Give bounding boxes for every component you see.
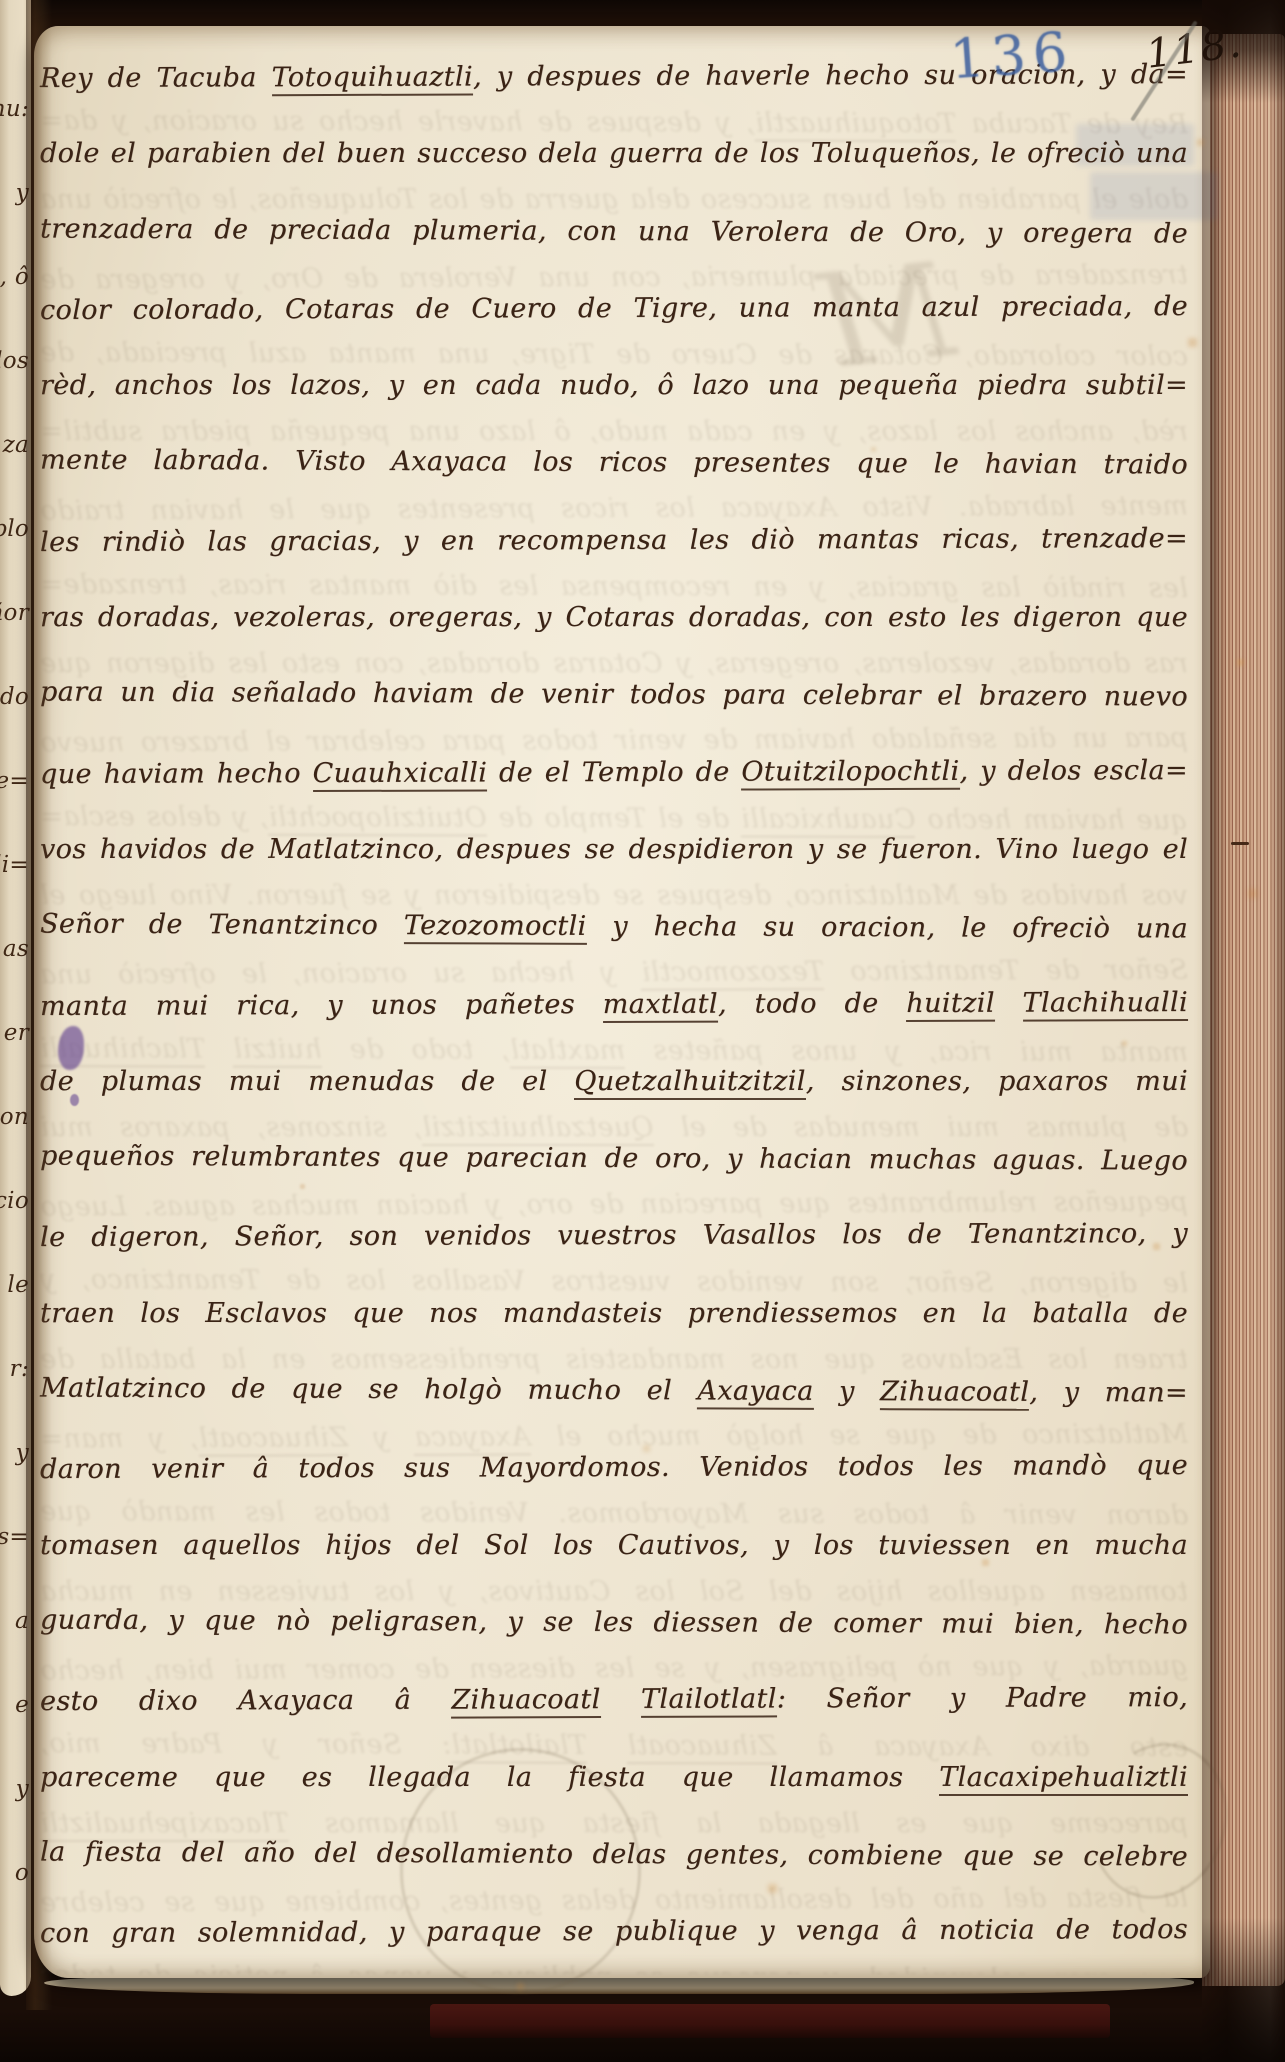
underlined-word: Tlachihualli [1022, 987, 1188, 1022]
manuscript-photo: mu:y, ôeloszaploñordoPe=di=aserioncioler… [0, 0, 1285, 2062]
manuscript-line: con gran solemnidad, y paraque se publiq… [40, 1891, 1188, 1972]
text-segment: con gran solemnidad, y paraque se publiq… [40, 1914, 1188, 1949]
manuscript-line: tomasen aquellos hijos del Sol los Cauti… [40, 1507, 1188, 1584]
previous-page-fragment: r: [10, 1356, 29, 1382]
previous-page-edge: mu:y, ôeloszaploñordoPe=di=aserioncioler… [0, 0, 31, 1996]
text-segment: : Señor y Padre mio, [777, 1682, 1188, 1714]
text-segment: y hecha su oracion, le ofreciò una [587, 911, 1189, 945]
text-segment: que haviam hecho [40, 758, 313, 790]
text-segment: vos havidos de Matlatzinco, despues se d… [40, 834, 1188, 865]
text-segment: de el Templo de [487, 756, 741, 788]
previous-page-fragment: as [3, 936, 29, 962]
manuscript-line: color colorado, Cotaras de Cuero de Tigr… [40, 268, 1188, 349]
manuscript-line: manta mui rica, y unos pañetes maxtlatl,… [40, 964, 1188, 1045]
text-segment: , todo de [718, 988, 906, 1020]
manuscript-line: ras doradas, vezoleras, oregeras, y Cota… [40, 579, 1188, 656]
text-segment: de plumas mui menudas de el [40, 1066, 574, 1097]
previous-page-fragment: ñor [0, 600, 29, 626]
text-segment: dole el parabien del buen succeso dela g… [40, 138, 1188, 169]
book-fore-edge [1202, 34, 1285, 1986]
text-segment [601, 1684, 641, 1715]
previous-page-fragment: o [15, 1860, 29, 1886]
previous-page-fragment: a [15, 1608, 29, 1634]
text-segment: traen los Esclavos que nos mandasteis pr… [40, 1298, 1188, 1329]
previous-page-fragment: y [16, 180, 29, 206]
previous-page-fragment: le [7, 1272, 29, 1298]
manuscript-line: Señor de Tenantzinco Tezozomoctli y hech… [40, 886, 1188, 968]
underlined-word: Quetzalhuitzitzil [574, 1066, 806, 1100]
text-segment: ras doradas, vezoleras, oregeras, y Cota… [40, 602, 1188, 633]
manuscript-line: le digeron, Señor, son venidos vuestros … [40, 1195, 1188, 1276]
manuscript-line: pequeños relumbrantes que parecian de or… [40, 1118, 1188, 1200]
text-segment: les rindiò las gracias, y en recompensa … [40, 523, 1188, 558]
underlined-word: Tezozomoctli [404, 910, 587, 945]
text-segment: , y man= [1029, 1377, 1188, 1409]
text-segment: trenzadera de preciada plumeria, con una… [40, 213, 1188, 249]
text-segment: tomasen aquellos hijos del Sol los Cauti… [40, 1530, 1188, 1561]
manuscript-line: dole el parabien del buen succeso dela g… [40, 115, 1188, 192]
previous-page-fragment: plo [0, 516, 29, 542]
text-segment: la fiesta del año del desollamiento dela… [40, 1836, 1188, 1872]
text-segment: le digeron, Señor, son venidos vuestros … [40, 1218, 1188, 1253]
underlined-word: Totoquihuaztli [272, 61, 474, 96]
text-segment [995, 987, 1023, 1018]
previous-page-fragment: mu: [0, 96, 29, 122]
manuscript-line: que haviam hecho Cuauhxicalli de el Temp… [40, 732, 1188, 813]
text-segment: pareceme que es llegada la fiesta que ll… [40, 1762, 939, 1793]
previous-page-fragment: er [4, 1020, 29, 1046]
previous-page-fragment: do [0, 684, 29, 710]
manuscript-line: traen los Esclavos que nos mandasteis pr… [40, 1275, 1188, 1352]
text-segment: pequeños relumbrantes que parecian de or… [40, 1141, 1188, 1177]
manuscript-line: pareceme que es llegada la fiesta que ll… [40, 1739, 1188, 1816]
underlined-word: Tlacaxipehualiztli [939, 1762, 1188, 1796]
text-segment: Señor de Tenantzinco [40, 909, 404, 942]
manuscript-line: esto dixo Axayaca â Zihuacoatl Tlailotla… [40, 1659, 1188, 1740]
manuscript-line: para un dia señalado haviam de venir tod… [40, 654, 1188, 736]
manuscript-line: daron venir â todos sus Mayordomos. Veni… [40, 1427, 1188, 1508]
underlined-word: huitzil [906, 987, 995, 1021]
previous-page-fragment: Pe= [0, 768, 29, 794]
text-segment: , sinzones, paxaros mui [806, 1066, 1188, 1097]
manuscript-line: Matlatzinco de que se holgò mucho el Axa… [40, 1350, 1188, 1432]
previous-page-fragment: , ô [0, 264, 29, 290]
manuscript-line: vos havidos de Matlatzinco, despues se d… [40, 811, 1188, 888]
margin-dash-mark [1231, 842, 1249, 845]
manuscript-line: les rindiò las gracias, y en recompensa … [40, 500, 1188, 581]
previous-page-fragment: y [16, 1776, 29, 1802]
manuscript-line: mente labrada. Visto Axayaca los ricos p… [40, 422, 1188, 504]
previous-page-fragment: za [3, 432, 29, 458]
manuscript-page: Rey de Tacuba Totoquihuaztli, y despues … [34, 26, 1210, 1978]
previous-page-fragment: ion [0, 1104, 29, 1130]
manuscript-line: guarda, y que nò peligrasen, y se les di… [40, 1581, 1188, 1663]
text-segment: color colorado, Cotaras de Cuero de Tigr… [40, 291, 1188, 326]
text-segment: manta mui rica, y unos pañetes [40, 989, 603, 1022]
underlined-word: Axayaca [697, 1375, 813, 1410]
text-segment: daron venir â todos sus Mayordomos. Veni… [40, 1450, 1188, 1485]
manuscript-line: rèd, anchos los lazos, y en cada nudo, ô… [40, 347, 1188, 424]
previous-page-fragment: cio [0, 1188, 29, 1214]
purple-ink-dot [70, 1094, 79, 1106]
underlined-word: maxtlatl [603, 988, 718, 1022]
text-segment: Rey de Tacuba [40, 62, 272, 94]
manuscript-line: trenzadera de preciada plumeria, con una… [40, 190, 1188, 272]
book-cover-band [430, 2004, 1110, 2038]
manuscript-text: Rey de Tacuba Totoquihuaztli, y despues … [40, 38, 1188, 1970]
underlined-word: Otuitzilopochtli [741, 755, 959, 790]
text-segment: , y despues de haverle hecho su oracion,… [473, 59, 1188, 92]
previous-page-fragment: y [16, 1440, 29, 1466]
text-segment: Matlatzinco de que se holgò mucho el [40, 1373, 698, 1407]
underlined-word: Tlailotlatl [641, 1684, 777, 1718]
underlined-word: Cuauhxicalli [312, 757, 487, 792]
text-segment: esto dixo Axayaca â [40, 1685, 452, 1717]
manuscript-line: de plumas mui menudas de el Quetzalhuitz… [40, 1043, 1188, 1120]
text-segment: , y delos escla= [959, 755, 1188, 787]
text-segment: para un dia señalado haviam de venir tod… [40, 677, 1188, 713]
underlined-word: Zihuacoatl [451, 1684, 600, 1719]
text-segment: rèd, anchos los lazos, y en cada nudo, ô… [40, 370, 1188, 401]
underlined-word: Zihuacoatl [880, 1376, 1029, 1411]
text-segment: mente labrada. Visto Axayaca los ricos p… [40, 445, 1188, 481]
blue-annotation-number: 136 [948, 20, 1076, 92]
manuscript-line: la fiesta del año del desollamiento dela… [40, 1813, 1188, 1895]
text-segment: guarda, y que nò peligrasen, y se les di… [40, 1604, 1188, 1640]
previous-page-fragment: di= [0, 852, 29, 878]
text-segment: y [814, 1376, 881, 1407]
previous-page-fragment: e [15, 1692, 29, 1718]
previous-page-fragment: elos [0, 348, 29, 374]
previous-page-fragment: s= [0, 1524, 29, 1550]
